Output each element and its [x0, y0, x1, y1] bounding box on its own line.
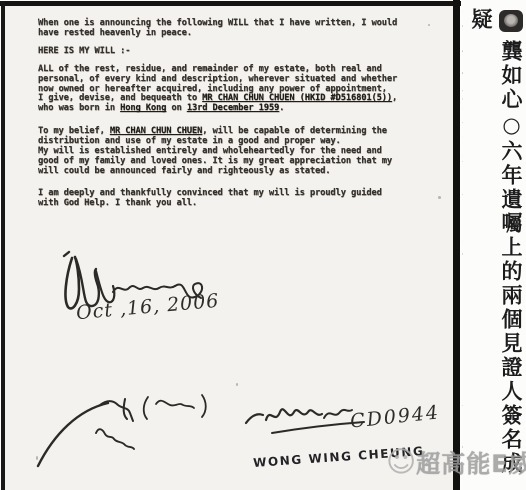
will-paragraph: HERE IS MY WILL :- [38, 47, 438, 57]
will-line: will could be announced fairly and right… [38, 167, 438, 177]
photo-badge-icon [499, 10, 523, 32]
will-paragraph: I am deeply and thankfully convinced tha… [38, 189, 438, 209]
news-photo: When one is announcing the following WIL… [0, 0, 526, 490]
caption-headline: 龔如心○六年遺囑上的兩個見證人簽名成疑 [469, 8, 524, 476]
will-line: HERE IS MY WILL :- [38, 47, 438, 57]
caption-credit: （資料圖 [462, 386, 466, 482]
paper-speck [236, 383, 238, 386]
paper-speck [36, 456, 38, 460]
will-paragraph: To my belief, MR CHAN CHUN CHUEN, will b… [38, 127, 438, 177]
scan-border-right [453, 0, 460, 490]
will-line: who was born in Hong Kong on 13rd Decemb… [38, 104, 438, 114]
will-line: have rested heavenly in peace. [38, 29, 438, 39]
will-paragraph: ALL of the rest, residue, and remainder … [38, 65, 438, 115]
scan-border-top [0, 1, 461, 6]
will-paragraph: When one is announcing the following WIL… [38, 19, 438, 39]
scan-border-left [1, 1, 5, 490]
paper-speck [428, 24, 430, 26]
photo-caption: 龔如心○六年遺囑上的兩個見證人簽名成疑 陳振聰決定請筆迹專家驗證。（資料圖 [462, 0, 526, 490]
will-line: with God Help. I thank you all. [38, 199, 438, 209]
caption-subline: 陳振聰決定請筆迹專家驗證。 [462, 8, 464, 320]
paper-speck [438, 196, 441, 199]
will-text: When one is announcing the following WIL… [38, 19, 438, 217]
caption-subline-column: 陳振聰決定請筆迹專家驗證。（資料圖 [462, 8, 466, 490]
caption-headline-column: 龔如心○六年遺囑上的兩個見證人簽名成疑 [466, 8, 526, 490]
